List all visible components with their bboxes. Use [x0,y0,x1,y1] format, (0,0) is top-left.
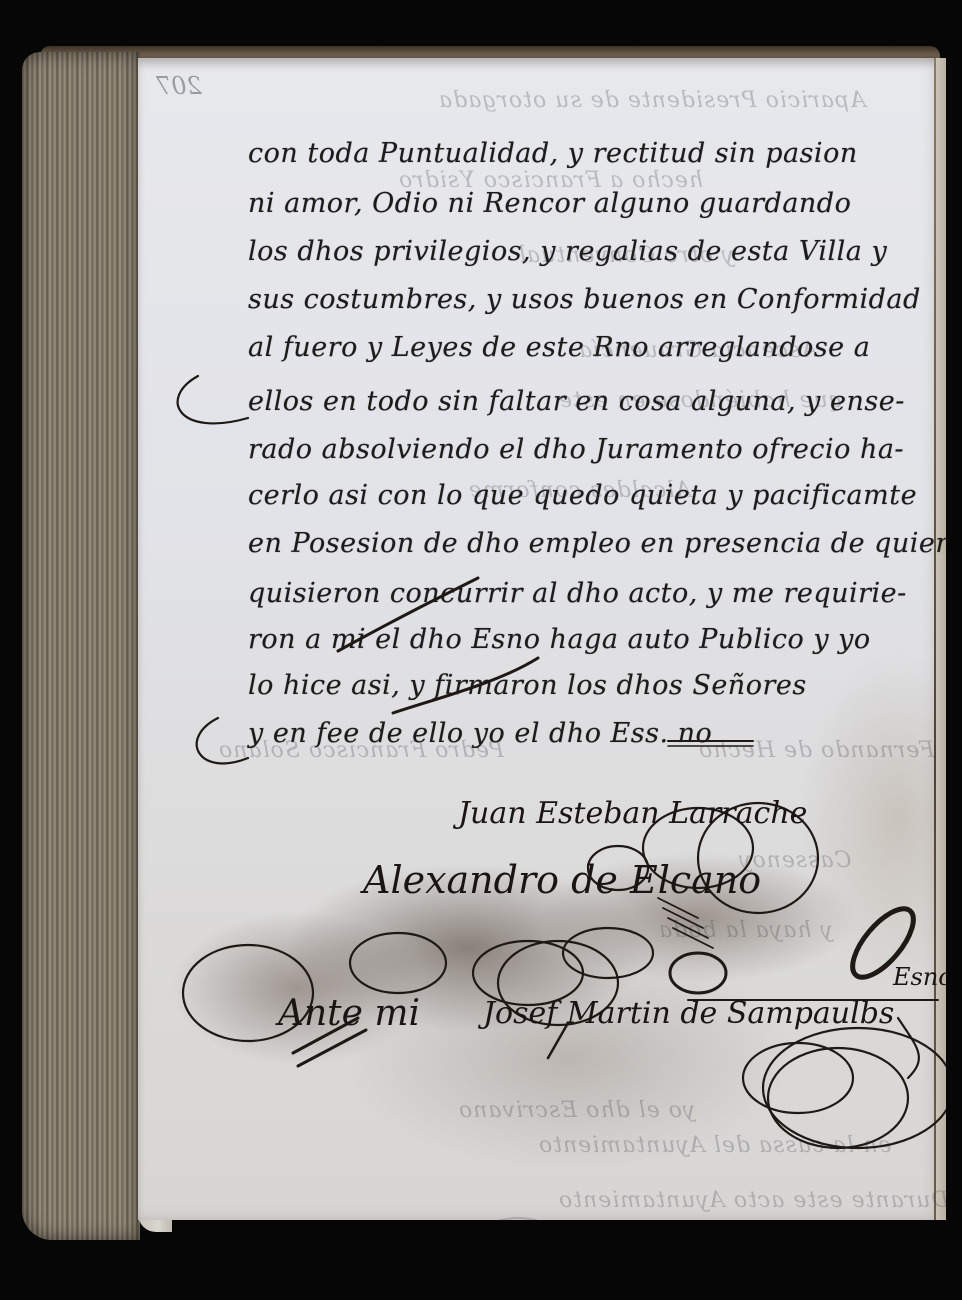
manuscript-line-8: cerlo asi con lo que quedo quieta y paci… [248,480,917,511]
manuscript-line-11: ron a mi el dho Esno haga auto Publico y… [248,624,871,655]
book-page-edges [22,52,140,1240]
manuscript-line-13: y en fee de ello yo el dho Ess. no [248,718,712,749]
signature-ante-mi: Ante mi [278,993,420,1034]
manuscript-line-10: quisieron concurrir al dho acto, y me re… [248,578,907,609]
signature-alexandro-elcano: Alexandro de Elcano [363,858,761,902]
manuscript-line-1: con toda Puntualidad, y rectitud sin pas… [248,138,858,169]
signature-josef-martin: Josef Martin de Sampaulbs [483,996,894,1031]
signature-escribano-mark: Esno [893,963,946,991]
binding-gutter [934,58,936,1220]
manuscript-line-6: ellos en todo sin faltar en cosa alguna,… [248,386,905,417]
ghost-line: Aparicio Presidente de su otorgada [438,88,866,113]
ghost-line: yo el dho Escrivano [458,1098,695,1123]
ghost-line: Durante este acto Ayuntamiento [558,1188,946,1213]
manuscript-line-12: lo hice asi, y firmaron los dhos Señores [248,670,807,701]
manuscript-line-3: los dhos privilegios, y regalias de esta… [248,236,887,267]
manuscript-line-7: rado absolviendo el dho Juramento ofreci… [248,434,904,465]
ghost-line: en la cassa del Ayuntamiento [538,1133,891,1158]
bleed-through-page-number: 207 [156,72,202,100]
manuscript-line-9: en Posesion de dho empleo en presencia d… [248,528,946,559]
scanned-book-photo: 207 Aparicio Presidente de su otorgada h… [0,0,962,1300]
gutter-strip [936,58,946,1220]
manuscript-line-4: sus costumbres, y usos buenos en Conform… [248,284,921,315]
ghost-line: y haya la boda [658,918,833,943]
manuscript-line-5: al fuero y Leyes de este Rno arreglandos… [248,332,870,363]
manuscript-page: 207 Aparicio Presidente de su otorgada h… [138,58,946,1220]
ghost-line: Fernando de Hecho [698,738,934,763]
signature-juan-esteban: Juan Esteban Larrache [458,796,807,831]
manuscript-line-2: ni amor, Odio ni Rencor alguno guardando [248,188,851,219]
